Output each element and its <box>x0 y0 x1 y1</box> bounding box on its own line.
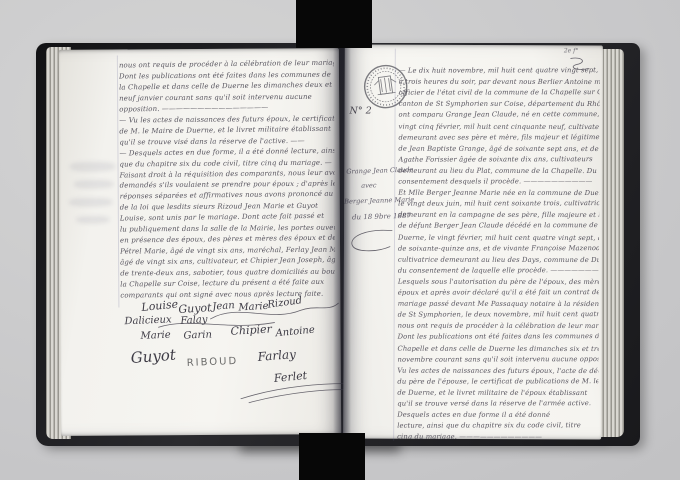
text-line: Dont les publications ont été faites dan… <box>398 333 600 342</box>
text-line: Dont les publications ont été faites dan… <box>119 71 331 81</box>
text-line: demeurant avec ses père et mère, fils ma… <box>398 133 599 142</box>
text-line: époux et après avoir déclaré qu'il a été… <box>398 288 600 297</box>
text-line: Desquels actes en due forme il a été don… <box>397 411 550 419</box>
text-line: vingt cinq février, mil huit cent cinqua… <box>398 122 599 130</box>
text-line: de défunt Berger Jean Claude décédé en l… <box>398 222 598 231</box>
text-line: réponses séparées et affirmatives nous a… <box>120 190 337 201</box>
text-line: canton de St Symphorien sur Coise, dépar… <box>399 100 600 108</box>
text-line: Vu les actes de naissances des futurs ép… <box>397 366 599 374</box>
text-line: que du chapitre six du code civil, titre… <box>119 158 331 168</box>
show-through-smudge <box>76 216 110 224</box>
text-line: le vingt deux juin, mil huit cent soixan… <box>398 199 600 208</box>
text-line: cinq du mariage. ———————————— <box>397 433 542 440</box>
text-line: cultivatrice demeurant au lieu des Days,… <box>398 255 600 263</box>
text-line: opposition. ——————————————— <box>119 103 268 113</box>
show-through-smudge <box>69 198 113 207</box>
text-line: la Chapelle et dans celle de Duerne les … <box>119 81 332 92</box>
text-line: mariage passé devant Me Passaquay notair… <box>398 300 600 308</box>
text-line: du consentement de laquelle elle procède… <box>398 266 600 275</box>
register-scan: nous ont requis de procéder à la célébra… <box>0 0 680 480</box>
right-page-text-block: — Le dix huit novembre, mil huit cent qu… <box>397 45 600 440</box>
text-line: demeurant au lieu du Plat, commune de la… <box>398 167 597 175</box>
text-line: demeurant en la campagne de ses père, fi… <box>398 211 600 219</box>
text-line: Faisant droit à la réquisition des compa… <box>120 168 337 179</box>
text-line: demandés s'ils voulaient se prendre pour… <box>120 180 337 190</box>
signature-flourish <box>156 315 276 334</box>
page-stack-right-edge <box>599 49 624 437</box>
text-line: Chapelle et dans celle de Duerne les dim… <box>398 344 600 352</box>
text-line: âgé de vingt six ans, cultivateur, et Ch… <box>120 256 336 267</box>
text-line: Pétrel Marie, âgé de vingt six ans, maré… <box>120 246 336 256</box>
text-line: — Le dix huit novembre, mil huit cent qu… <box>399 66 599 75</box>
text-line: Et Mlle Berger Jeanne Marie née en la co… <box>398 189 600 197</box>
text-line: de M. le Maire de Duerne, et le livret m… <box>119 124 331 135</box>
text-line: Agathe Forissier âgée de soixante dix an… <box>398 155 592 164</box>
scanner-mask-bar-bottom <box>299 433 365 480</box>
text-line: novembre courant sans qu'il soit interve… <box>397 355 599 364</box>
text-line: en présence des époux, des pères et mère… <box>120 233 336 244</box>
text-line: de Duerne, et le livret militaire de l'é… <box>397 389 587 397</box>
signature: Farlay <box>257 347 296 364</box>
text-line: de la loi que lesdits sieurs Rizoud Jean… <box>120 202 318 212</box>
text-line: Duerne, le vingt février, mil huit cent … <box>398 233 600 241</box>
text-line: nous ont requis de procéder à la célébra… <box>119 59 336 70</box>
left-page: nous ont requis de procéder à la célébra… <box>59 48 341 436</box>
text-line: neuf janvier courant sans qu'il soit int… <box>119 93 312 103</box>
text-line: du père de l'épouse, le certificat de pu… <box>397 377 599 386</box>
book-gutter-shadow <box>333 45 351 438</box>
scanner-mask-bar-top <box>296 0 372 48</box>
signature: Guyot <box>130 346 176 367</box>
text-line: — Vu les actes de naissances des futurs … <box>119 114 335 124</box>
text-line: lu publiquement dans la salle de la Mair… <box>120 224 336 234</box>
text-line: à trois heures du soir, par devant nous … <box>399 78 600 86</box>
text-line: officier de l'état civil de la commune d… <box>399 88 600 97</box>
signature-pencil: RIBOUD <box>187 356 239 369</box>
text-line: ont comparu Grange Jean Claude, né en ce… <box>399 111 600 120</box>
show-through-smudge <box>74 180 114 189</box>
text-line: la Chapelle sur Coise, lecture du présen… <box>120 278 324 289</box>
text-line: qu'il se trouve visé dans la réserve de … <box>119 137 304 147</box>
text-line: qu'il se trouve versé dans la réserve de… <box>397 399 591 408</box>
text-line: Lesquels sous l'autorisation du père de … <box>398 278 600 286</box>
text-line: de Jean Baptiste Grange, âgé de soixante… <box>398 144 598 152</box>
show-through-smudge <box>70 162 116 172</box>
text-line: de trente-deux ans, sabotier, tous quatr… <box>120 267 336 277</box>
text-line: lecture, ainsi que du chapitre six du co… <box>397 421 581 429</box>
margin-note-line: avec <box>361 181 377 189</box>
text-line: Louise, sont unis par le mariage. Dont a… <box>120 212 324 223</box>
record-number: N° 2 <box>350 105 372 116</box>
text-line: de St Symphorien, le deux novembre, mil … <box>398 310 600 319</box>
margin-note-flourish <box>346 226 398 256</box>
text-line: — Desquels actes en due forme, il a été … <box>119 146 336 157</box>
text-line: nous ont requis de procéder à la célébra… <box>398 322 600 330</box>
right-page: 2e f° N° 2 Grange Jean Claude avec Berge… <box>343 44 603 439</box>
text-line: consentement desquels il procède. ——————… <box>398 177 592 186</box>
text-line: de soixante-quinze ans, et de vivante Fr… <box>398 244 600 253</box>
